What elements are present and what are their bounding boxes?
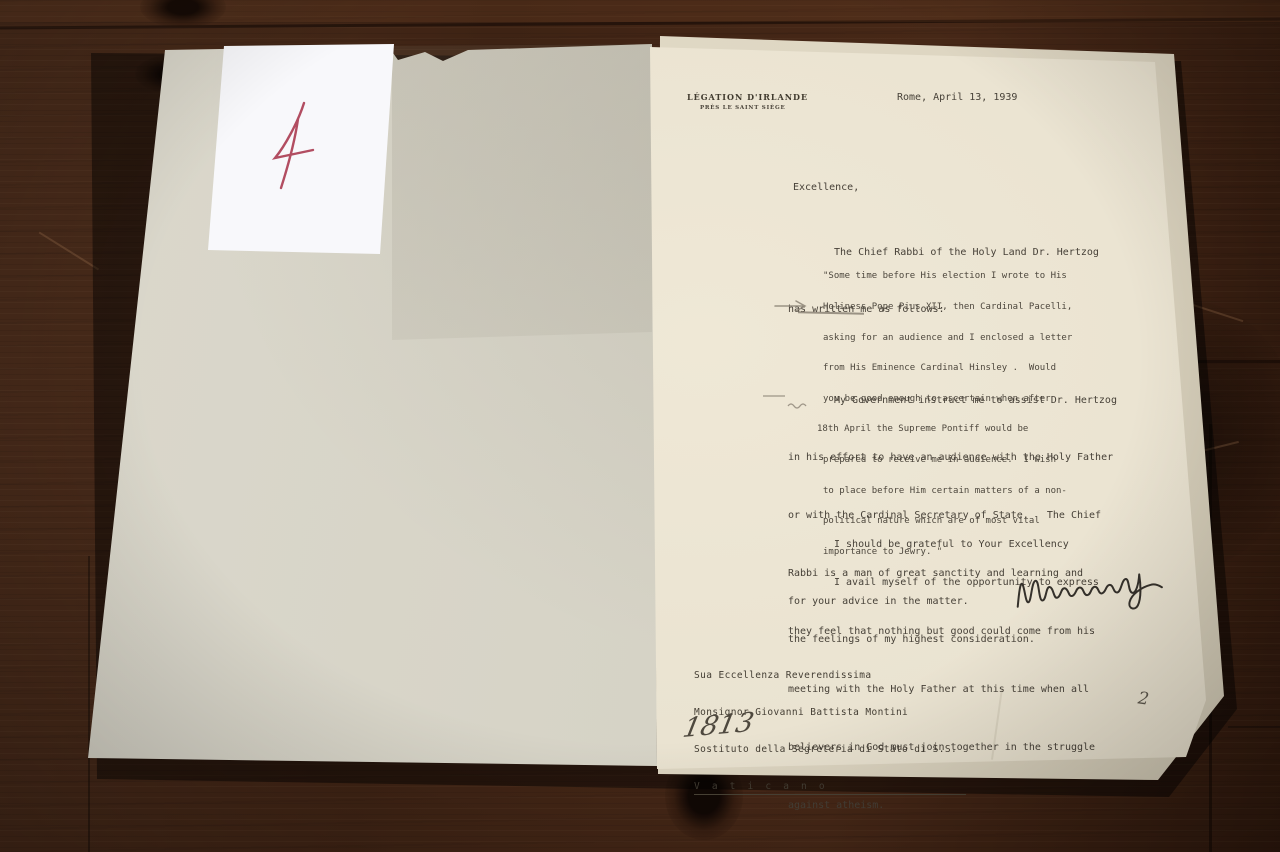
photo-scene: 4 LÉGATION D'IRLANDE PRÈS LE SAINT SIÈGE… [0, 0, 1280, 852]
photo-vignette [0, 0, 1280, 852]
